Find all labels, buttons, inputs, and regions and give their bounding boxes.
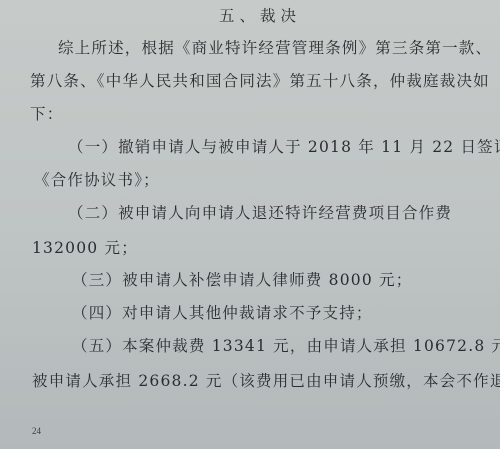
page-number: 24 <box>32 426 41 436</box>
ruling-item-5-line-2: 被申请人承担 2668.2 元（该费用已由申请人预缴，本会不作退 <box>32 371 500 391</box>
ruling-item-5-line-1: （五）本案仲裁费 13341 元，由申请人承担 10672.8 元，由 <box>72 336 500 356</box>
document-page: 五、裁决 综上所述，根据《商业特许经营管理条例》第三条第一款、 第八条、《中华人… <box>0 0 500 449</box>
ruling-item-4-line-1: （四）对申请人其他仲裁请求不予支持； <box>72 303 373 323</box>
ruling-item-1-line-1: （一）撤销申请人与被申请人于 2018 年 11 月 22 日签订的 <box>68 137 500 157</box>
ruling-item-3-line-1: （三）被申请人补偿申请人律师费 8000 元； <box>72 270 412 290</box>
intro-line-2: 第八条、《中华人民共和国合同法》第五十八条，仲裁庭裁决如 <box>30 71 490 91</box>
section-title: 五、裁决 <box>0 4 500 26</box>
ruling-item-1-line-2: 《合作协议书》； <box>34 170 160 190</box>
intro-line-1: 综上所述，根据《商业特许经营管理条例》第三条第一款、 <box>58 38 492 58</box>
ruling-item-2-line-2: 132000 元； <box>32 238 138 258</box>
ruling-item-2-line-1: （二）被申请人向申请人退还特许经营费项目合作费 <box>68 203 452 223</box>
intro-line-3: 下： <box>30 104 63 124</box>
